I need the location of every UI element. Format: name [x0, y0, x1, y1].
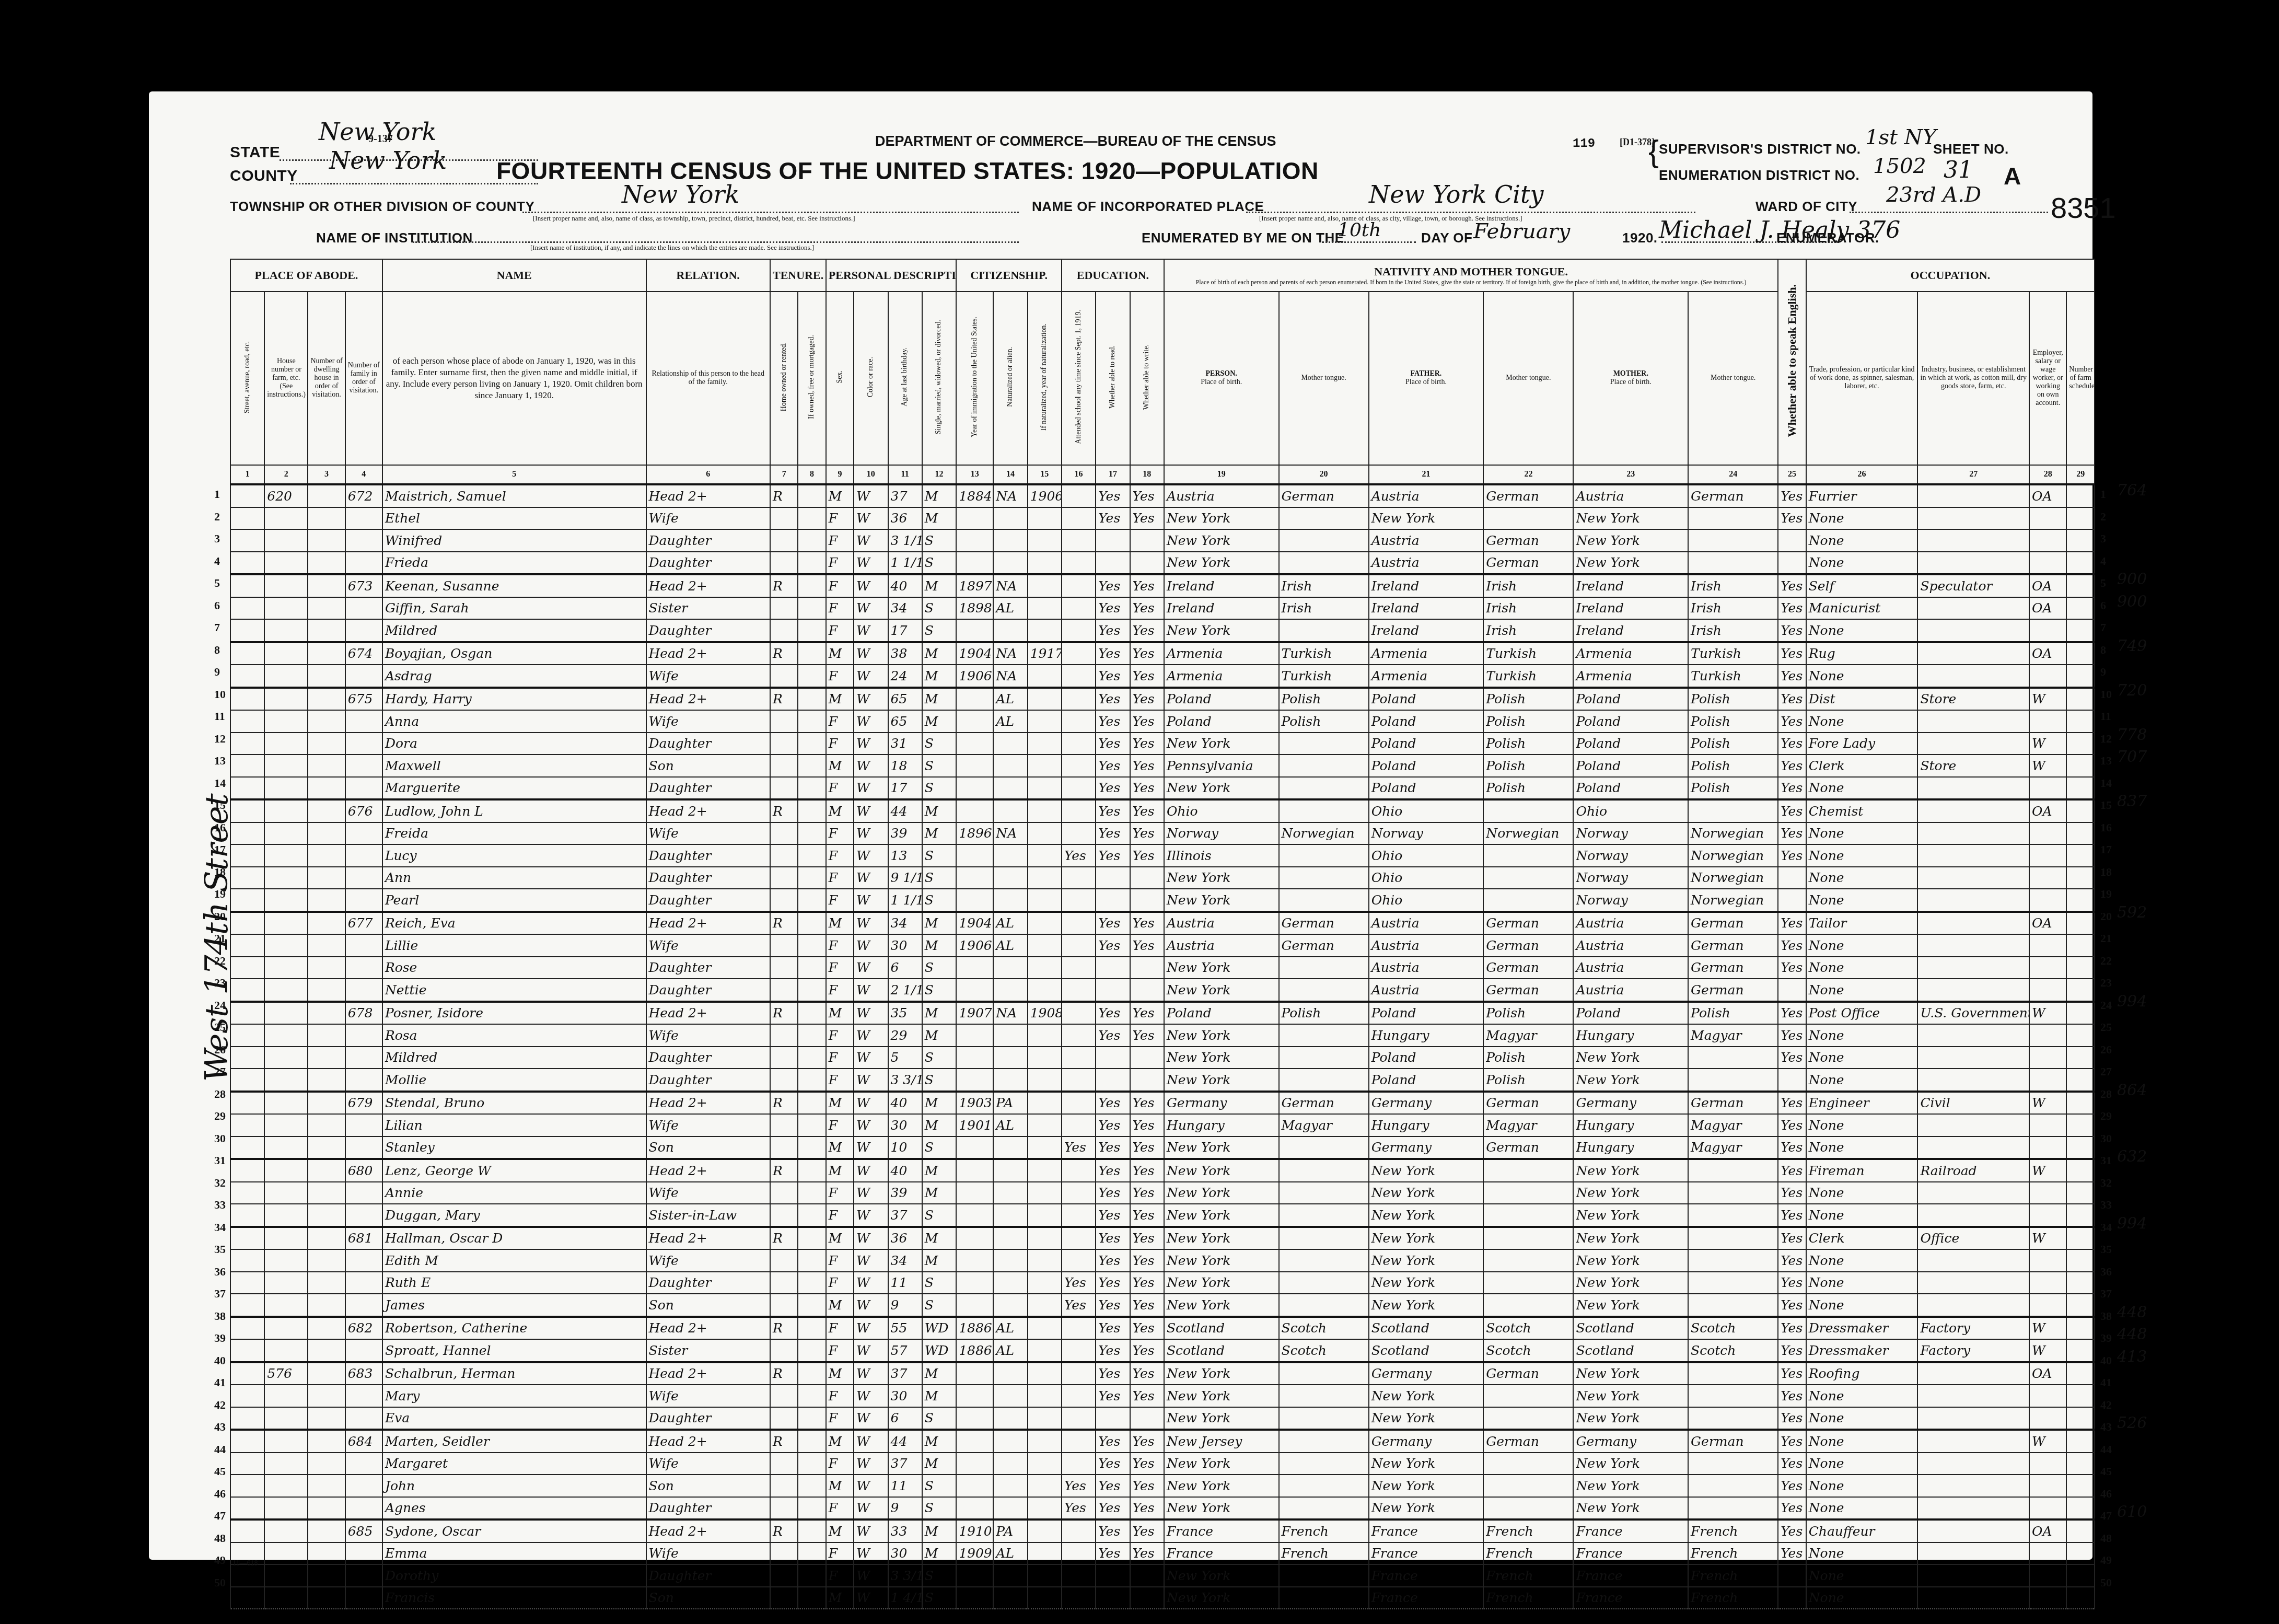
group-tenure: TENURE. [770, 259, 826, 292]
cell-occupation: Post Office [1806, 1002, 1918, 1025]
cell-tongue: French [1279, 1519, 1369, 1542]
cell-family [345, 1385, 382, 1407]
cell-house [264, 822, 308, 845]
line-number-left: 12 [214, 732, 226, 746]
cell-fpob: France [1369, 1587, 1484, 1609]
cell-pob: Austria [1164, 484, 1279, 507]
cell-street [230, 642, 264, 665]
cell-dwelling [308, 1159, 345, 1182]
cell-fpob: New York [1369, 1272, 1484, 1294]
cell-write: Yes [1130, 710, 1164, 733]
cell-employ [2029, 1047, 2066, 1069]
cell-school: Yes [1062, 1497, 1096, 1520]
cell-relation: Head 2+ [646, 1159, 770, 1182]
cell-occupation: None [1806, 665, 1918, 688]
cell-marital: M [922, 1385, 956, 1407]
cell-farm [2066, 1114, 2095, 1136]
cell-sex: F [826, 889, 854, 912]
cell-farm [2066, 1497, 2095, 1520]
cell-race: W [854, 1362, 888, 1385]
cell-natyear [1028, 1475, 1062, 1497]
cell-race: W [854, 844, 888, 867]
cell-nat: PA [993, 1519, 1027, 1542]
cell-industry: Factory [1917, 1339, 2029, 1362]
cell-nat [993, 777, 1027, 800]
cell-sex: F [826, 979, 854, 1002]
cell-school [1062, 1430, 1096, 1453]
census-row: EmmaWifeFW30M1909ALYesYesFranceFrenchFra… [230, 1542, 2095, 1565]
cell-dwelling [308, 1069, 345, 1092]
cell-owned [798, 1272, 825, 1294]
cell-marital: S [922, 733, 956, 755]
township-label: TOWNSHIP OR OTHER DIVISION OF COUNTY [230, 199, 534, 215]
cell-house [264, 1430, 308, 1453]
cell-industry [1917, 934, 2029, 957]
cell-mpob: Armenia [1573, 642, 1688, 665]
cell-street [230, 844, 264, 867]
cell-house [264, 1136, 308, 1159]
cell-house [264, 529, 308, 552]
cell-industry: Railroad [1917, 1159, 2029, 1182]
cell-age: 33 [888, 1519, 922, 1542]
cell-farm [2066, 1204, 2095, 1227]
cell-mtongue [1688, 1047, 1778, 1069]
cell-marital: S [922, 1564, 956, 1587]
line-number-right: 8 [2100, 643, 2106, 657]
cell-school [1062, 1587, 1096, 1609]
line-number-left: 24 [214, 999, 226, 1012]
cell-marital: M [922, 665, 956, 688]
cell-age: 13 [888, 844, 922, 867]
cell-industry: Speculator [1917, 574, 2029, 597]
cell-employ [2029, 1249, 2066, 1272]
cell-sex: F [826, 1182, 854, 1204]
cell-sex: M [826, 484, 854, 507]
side-total: 592 [2117, 903, 2147, 922]
line-number-left: 20 [214, 910, 226, 923]
cell-natyear [1028, 1204, 1062, 1227]
bracket-left: { [1648, 133, 1659, 169]
cell-mpob: Austria [1573, 934, 1688, 957]
cell-race: W [854, 1024, 888, 1047]
cell-family [345, 889, 382, 912]
cell-street [230, 1047, 264, 1069]
line-number-right: 2 [2100, 510, 2106, 524]
cell-employ [2029, 529, 2066, 552]
line-number-left: 40 [214, 1354, 226, 1367]
cell-mtongue: German [1688, 1430, 1778, 1453]
cell-race: W [854, 1047, 888, 1069]
cell-farm [2066, 755, 2095, 777]
cell-family: 674 [345, 642, 382, 665]
cell-english: Yes [1778, 1136, 1806, 1159]
cell-mtongue: French [1688, 1564, 1778, 1587]
cell-tongue [1279, 1564, 1369, 1587]
cell-mpob: New York [1573, 1385, 1688, 1407]
cell-sex: F [826, 710, 854, 733]
cell-sex: M [826, 912, 854, 935]
cell-farm [2066, 529, 2095, 552]
cell-age: 55 [888, 1317, 922, 1340]
cell-occupation: Rug [1806, 642, 1918, 665]
cell-mtongue: French [1688, 1519, 1778, 1542]
cell-fpob: New York [1369, 1249, 1484, 1272]
cell-race: W [854, 507, 888, 530]
cell-mpob: Norway [1573, 844, 1688, 867]
cell-dwelling [308, 1564, 345, 1587]
cell-fpob: New York [1369, 1227, 1484, 1250]
cell-relation: Daughter [646, 1564, 770, 1587]
column-number: 27 [1917, 465, 2029, 484]
cell-read: Yes [1096, 1453, 1130, 1475]
side-total: 526 [2117, 1414, 2147, 1432]
cell-employ: W [2029, 1227, 2066, 1250]
cell-read: Yes [1096, 1362, 1130, 1385]
cell-nat: AL [993, 1317, 1027, 1340]
cell-mtongue: Irish [1688, 597, 1778, 620]
cell-immig [956, 1182, 993, 1204]
cell-family: 675 [345, 688, 382, 711]
cell-tenure: R [770, 1002, 798, 1025]
cell-nat [993, 1497, 1027, 1520]
cell-nat [993, 755, 1027, 777]
cell-fpob: Norway [1369, 822, 1484, 845]
census-row: AgnesDaughterFW9SYesYesYesNew YorkNew Yo… [230, 1497, 2095, 1520]
line-number-right: 41 [2100, 1376, 2112, 1389]
census-row: FriedaDaughterFW1 1/12SNew YorkAustriaGe… [230, 552, 2095, 575]
cell-tenure [770, 822, 798, 845]
cell-relation: Daughter [646, 619, 770, 642]
cell-industry [1917, 1136, 2029, 1159]
line-number-left: 27 [214, 1065, 226, 1078]
cell-house [264, 1385, 308, 1407]
cell-farm [2066, 1272, 2095, 1294]
cell-read: Yes [1096, 799, 1130, 822]
cell-english: Yes [1778, 1453, 1806, 1475]
cell-fpob: Germany [1369, 1092, 1484, 1115]
supervisor-label: SUPERVISOR'S DISTRICT NO. [1659, 141, 1861, 157]
cell-pob: New York [1164, 619, 1279, 642]
cell-mpob: New York [1573, 1294, 1688, 1317]
cell-school [1062, 867, 1096, 889]
cell-tongue: French [1279, 1542, 1369, 1565]
cell-natyear [1028, 1159, 1062, 1182]
cell-tongue [1279, 1136, 1369, 1159]
cell-immig [956, 957, 993, 979]
cell-ftongue: Turkish [1483, 642, 1573, 665]
cell-natyear [1028, 507, 1062, 530]
cell-employ [2029, 1136, 2066, 1159]
cell-write [1130, 1564, 1164, 1587]
cell-mpob: Poland [1573, 755, 1688, 777]
cell-relation: Daughter [646, 552, 770, 575]
cell-relation: Wife [646, 1385, 770, 1407]
header-col-9: Sex. [826, 292, 854, 465]
cell-farm [2066, 957, 2095, 979]
cell-fpob: New York [1369, 1294, 1484, 1317]
cell-fpob: Hungary [1369, 1024, 1484, 1047]
cell-marital: S [922, 1272, 956, 1294]
cell-tenure [770, 1047, 798, 1069]
cell-fpob: New York [1369, 1204, 1484, 1227]
cell-nat [993, 1453, 1027, 1475]
header-col-28: Employer, salary or wage worker, or work… [2029, 292, 2066, 465]
cell-mpob: New York [1573, 1362, 1688, 1385]
cell-house [264, 597, 308, 620]
cell-employ: W [2029, 755, 2066, 777]
cell-write: Yes [1130, 1159, 1164, 1182]
cell-dwelling [308, 1362, 345, 1385]
cell-read: Yes [1096, 934, 1130, 957]
line-number-right: 29 [2100, 1109, 2112, 1123]
cell-mtongue: Norwegian [1688, 844, 1778, 867]
cell-race: W [854, 979, 888, 1002]
cell-employ [2029, 665, 2066, 688]
cell-occupation: Manicurist [1806, 597, 1918, 620]
cell-race: W [854, 755, 888, 777]
cell-family [345, 665, 382, 688]
cell-occupation: Dist [1806, 688, 1918, 711]
cell-family [345, 507, 382, 530]
cell-relation: Sister [646, 597, 770, 620]
cell-school [1062, 507, 1096, 530]
cell-relation: Wife [646, 1182, 770, 1204]
cell-tenure [770, 507, 798, 530]
cell-sex: M [826, 1092, 854, 1115]
cell-pob: France [1164, 1542, 1279, 1565]
cell-relation: Head 2+ [646, 574, 770, 597]
cell-race: W [854, 1542, 888, 1565]
cell-mtongue: German [1688, 934, 1778, 957]
cell-race: W [854, 1497, 888, 1520]
cell-house [264, 889, 308, 912]
cell-marital: S [922, 1587, 956, 1609]
cell-natyear [1028, 619, 1062, 642]
cell-employ [2029, 1204, 2066, 1227]
census-row: 673Keenan, SusanneHead 2+RFW40M1897NAYes… [230, 574, 2095, 597]
cell-immig [956, 1430, 993, 1453]
cell-read: Yes [1096, 688, 1130, 711]
cell-family: 683 [345, 1362, 382, 1385]
cell-relation: Daughter [646, 733, 770, 755]
cell-house [264, 1294, 308, 1317]
cell-english: Yes [1778, 1024, 1806, 1047]
scan-border [2092, 91, 2279, 1624]
cell-nat [993, 1024, 1027, 1047]
cell-owned [798, 1407, 825, 1430]
cell-mtongue: Norwegian [1688, 867, 1778, 889]
cell-mtongue: German [1688, 484, 1778, 507]
census-row: 675Hardy, HarryHead 2+RMW65MALYesYesPola… [230, 688, 2095, 711]
cell-fpob: Poland [1369, 1047, 1484, 1069]
cell-pob: New York [1164, 1182, 1279, 1204]
cell-pob: New York [1164, 529, 1279, 552]
cell-write: Yes [1130, 574, 1164, 597]
cell-mtongue [1688, 1227, 1778, 1250]
cell-marital: S [922, 1204, 956, 1227]
cell-fpob: Poland [1369, 733, 1484, 755]
cell-fpob: New York [1369, 1407, 1484, 1430]
cell-read [1096, 552, 1130, 575]
cell-mpob: France [1573, 1564, 1688, 1587]
cell-tenure [770, 1272, 798, 1294]
cell-occupation: None [1806, 957, 1918, 979]
cell-employ [2029, 1475, 2066, 1497]
cell-pob: New York [1164, 777, 1279, 800]
cell-street [230, 688, 264, 711]
cell-family [345, 1542, 382, 1565]
cell-house [264, 665, 308, 688]
cell-sex: M [826, 1159, 854, 1182]
cell-fpob: Austria [1369, 529, 1484, 552]
cell-farm [2066, 1159, 2095, 1182]
cell-write: Yes [1130, 507, 1164, 530]
line-number-left: 8 [214, 643, 220, 657]
cell-tenure: R [770, 1159, 798, 1182]
census-row: LillieWifeFW30M1906ALYesYesAustriaGerman… [230, 934, 2095, 957]
census-row: AnnaWifeFW65MALYesYesPolandPolishPolandP… [230, 710, 2095, 733]
cell-immig [956, 867, 993, 889]
cell-english: Yes [1778, 574, 1806, 597]
cell-mtongue: Magyar [1688, 1114, 1778, 1136]
cell-name: Winifred [382, 529, 646, 552]
cell-immig: 1907 [956, 1002, 993, 1025]
cell-industry: Store [1917, 688, 2029, 711]
cell-industry [1917, 1249, 2029, 1272]
cell-immig [956, 755, 993, 777]
cell-write: Yes [1130, 1385, 1164, 1407]
cell-marital: S [922, 889, 956, 912]
cell-marital: S [922, 529, 956, 552]
cell-employ: OA [2029, 574, 2066, 597]
cell-tenure [770, 1294, 798, 1317]
cell-employ [2029, 822, 2066, 845]
cell-mpob: Hungary [1573, 1136, 1688, 1159]
cell-tenure [770, 1136, 798, 1159]
cell-write: Yes [1130, 733, 1164, 755]
column-number: 23 [1573, 465, 1688, 484]
cell-age: 1 1/12 [888, 552, 922, 575]
cell-fpob: Ireland [1369, 574, 1484, 597]
cell-dwelling [308, 979, 345, 1002]
cell-fpob: Germany [1369, 1136, 1484, 1159]
header-col-23: MOTHER.Place of birth. [1573, 292, 1688, 465]
cell-read: Yes [1096, 1092, 1130, 1115]
cell-write [1130, 529, 1164, 552]
cell-age: 39 [888, 822, 922, 845]
cell-occupation: None [1806, 1430, 1918, 1453]
cell-sex: F [826, 552, 854, 575]
cell-immig [956, 1136, 993, 1159]
cell-immig [956, 529, 993, 552]
cell-immig [956, 777, 993, 800]
cell-fpob: Germany [1369, 1362, 1484, 1385]
sheet-side: A [2004, 162, 2021, 190]
cell-immig: 1896 [956, 822, 993, 845]
cell-house [264, 1317, 308, 1340]
cell-employ: OA [2029, 597, 2066, 620]
cell-name: Ruth E [382, 1272, 646, 1294]
column-number: 2 [264, 465, 308, 484]
cell-industry [1917, 979, 2029, 1002]
cell-tongue: Magyar [1279, 1114, 1369, 1136]
cell-owned [798, 1542, 825, 1565]
cell-owned [798, 507, 825, 530]
cell-tongue: Turkish [1279, 665, 1369, 688]
cell-marital: M [922, 688, 956, 711]
cell-immig [956, 844, 993, 867]
cell-read: Yes [1096, 619, 1130, 642]
cell-pob: Poland [1164, 688, 1279, 711]
line-number-left: 17 [214, 843, 226, 856]
cell-dwelling [308, 710, 345, 733]
cell-age: 3 3/12 [888, 1564, 922, 1587]
cell-employ: OA [2029, 912, 2066, 935]
cell-name: Robertson, Catherine [382, 1317, 646, 1340]
cell-name: Agnes [382, 1497, 646, 1520]
cell-ftongue: German [1483, 1430, 1573, 1453]
cell-age: 35 [888, 1002, 922, 1025]
cell-pob: Germany [1164, 1092, 1279, 1115]
cell-street [230, 979, 264, 1002]
cell-name: Annie [382, 1182, 646, 1204]
cell-occupation: None [1806, 619, 1918, 642]
cell-tenure: R [770, 1430, 798, 1453]
cell-name: Boyajian, Osgan [382, 642, 646, 665]
cell-pob: Illinois [1164, 844, 1279, 867]
cell-ftongue: Polish [1483, 1002, 1573, 1025]
cell-tenure [770, 755, 798, 777]
cell-read: Yes [1096, 1249, 1130, 1272]
cell-employ: W [2029, 1339, 2066, 1362]
cell-name: Posner, Isidore [382, 1002, 646, 1025]
cell-read: Yes [1096, 1114, 1130, 1136]
cell-pob: Austria [1164, 912, 1279, 935]
footer-code: 11—618 [232, 1560, 258, 1568]
cell-tenure [770, 1204, 798, 1227]
cell-nat [993, 799, 1027, 822]
cell-owned [798, 1430, 825, 1453]
cell-name: Edith M [382, 1249, 646, 1272]
cell-read [1096, 1564, 1130, 1587]
cell-family: 676 [345, 799, 382, 822]
cell-mtongue: Irish [1688, 619, 1778, 642]
cell-name: Marguerite [382, 777, 646, 800]
cell-tenure [770, 1407, 798, 1430]
line-number-left: 5 [214, 576, 220, 590]
cell-marital: M [922, 822, 956, 845]
cell-english: Yes [1778, 1092, 1806, 1115]
cell-occupation: None [1806, 867, 1918, 889]
cell-tongue [1279, 1587, 1369, 1609]
cell-tenure [770, 619, 798, 642]
cell-race: W [854, 484, 888, 507]
cell-english [1778, 1564, 1806, 1587]
cell-occupation: None [1806, 1497, 1918, 1520]
cell-dwelling [308, 642, 345, 665]
cell-house [264, 1587, 308, 1609]
cell-age: 2 1/12 [888, 979, 922, 1002]
cell-house [264, 710, 308, 733]
cell-school [1062, 574, 1096, 597]
cell-tongue: German [1279, 934, 1369, 957]
cell-sex: F [826, 1407, 854, 1430]
cell-relation: Head 2+ [646, 1002, 770, 1025]
cell-industry [1917, 642, 2029, 665]
cell-tenure: R [770, 688, 798, 711]
line-number-right: 48 [2100, 1532, 2112, 1545]
cell-nat [993, 1385, 1027, 1407]
